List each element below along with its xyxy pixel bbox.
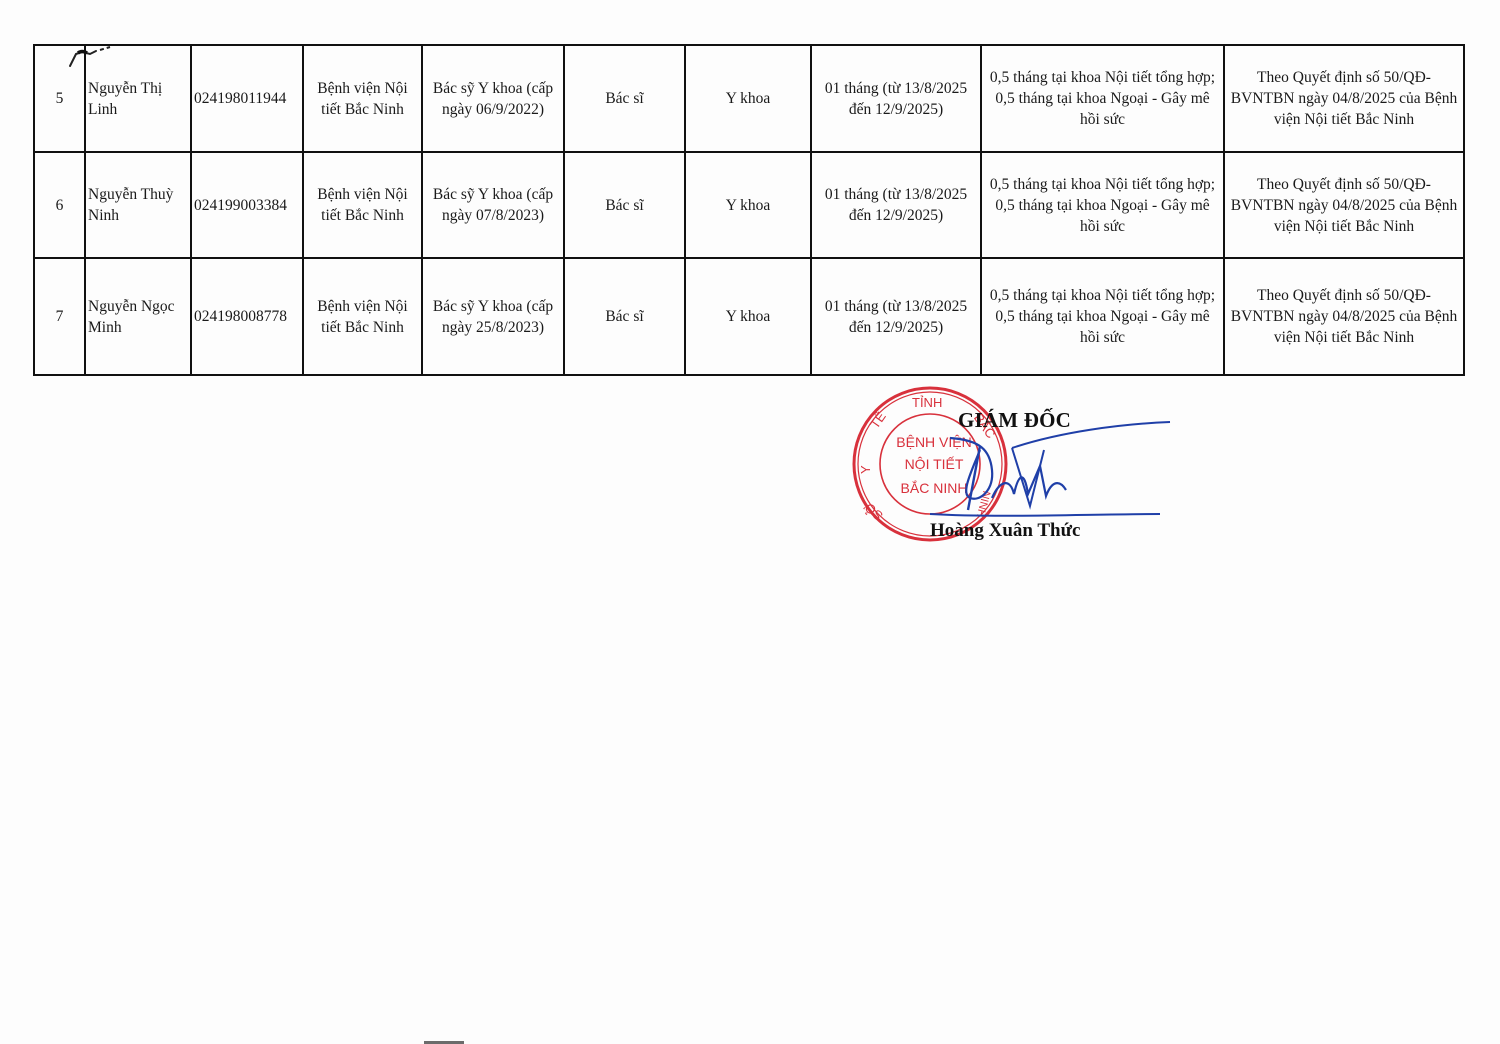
cell-full-name: Nguyễn Thuỳ Ninh	[85, 152, 191, 258]
signature-block: TỈNH BẮC NINH TẾ Y SỞ BỆNH VIỆN NỘI TIẾT…	[840, 380, 1200, 560]
signer-name: Hoàng Xuân Thức	[930, 520, 1080, 542]
cell-full-name: Nguyễn Thị Linh	[85, 45, 191, 152]
document-page: 5Nguyễn Thị Linh024198011944Bệnh viện Nộ…	[0, 0, 1500, 1044]
table-row: 6Nguyễn Thuỳ Ninh024199003384Bệnh viện N…	[34, 152, 1464, 258]
cell-position: Bác sĩ	[564, 152, 685, 258]
cell-content: 0,5 tháng tại khoa Nội tiết tổng hợp; 0,…	[981, 258, 1224, 375]
cell-id-number: 024198008778	[191, 258, 303, 375]
cell-scope: Y khoa	[685, 45, 811, 152]
trainee-table: 5Nguyễn Thị Linh024198011944Bệnh viện Nộ…	[33, 44, 1465, 376]
cell-basis: Theo Quyết định số 50/QĐ-BVNTBN ngày 04/…	[1224, 258, 1464, 375]
cell-workplace: Bệnh viện Nội tiết Bắc Ninh	[303, 45, 422, 152]
cell-basis: Theo Quyết định số 50/QĐ-BVNTBN ngày 04/…	[1224, 45, 1464, 152]
svg-text:Y: Y	[858, 465, 873, 474]
svg-text:TẾ: TẾ	[867, 409, 889, 431]
cell-content: 0,5 tháng tại khoa Nội tiết tổng hợp; 0,…	[981, 152, 1224, 258]
cell-full-name: Nguyễn Ngọc Minh	[85, 258, 191, 375]
handwritten-signature-icon	[920, 410, 1180, 530]
svg-text:TỈNH: TỈNH	[912, 395, 942, 410]
cell-id-number: 024198011944	[191, 45, 303, 152]
cell-index: 7	[34, 258, 85, 375]
cell-workplace: Bệnh viện Nội tiết Bắc Ninh	[303, 152, 422, 258]
table-row: 5Nguyễn Thị Linh024198011944Bệnh viện Nộ…	[34, 45, 1464, 152]
cell-index: 5	[34, 45, 85, 152]
cell-position: Bác sĩ	[564, 258, 685, 375]
cell-id-number: 024199003384	[191, 152, 303, 258]
cell-position: Bác sĩ	[564, 45, 685, 152]
cell-workplace: Bệnh viện Nội tiết Bắc Ninh	[303, 258, 422, 375]
cell-scope: Y khoa	[685, 258, 811, 375]
cell-scope: Y khoa	[685, 152, 811, 258]
cell-degree: Bác sỹ Y khoa (cấp ngày 07/8/2023)	[422, 152, 564, 258]
cell-duration: 01 tháng (từ 13/8/2025 đến 12/9/2025)	[811, 152, 981, 258]
cell-content: 0,5 tháng tại khoa Nội tiết tổng hợp; 0,…	[981, 45, 1224, 152]
cell-duration: 01 tháng (từ 13/8/2025 đến 12/9/2025)	[811, 45, 981, 152]
cell-index: 6	[34, 152, 85, 258]
cell-degree: Bác sỹ Y khoa (cấp ngày 25/8/2023)	[422, 258, 564, 375]
table-row: 7Nguyễn Ngọc Minh024198008778Bệnh viện N…	[34, 258, 1464, 375]
cell-basis: Theo Quyết định số 50/QĐ-BVNTBN ngày 04/…	[1224, 152, 1464, 258]
cell-duration: 01 tháng (từ 13/8/2025 đến 12/9/2025)	[811, 258, 981, 375]
cell-degree: Bác sỹ Y khoa (cấp ngày 06/9/2022)	[422, 45, 564, 152]
